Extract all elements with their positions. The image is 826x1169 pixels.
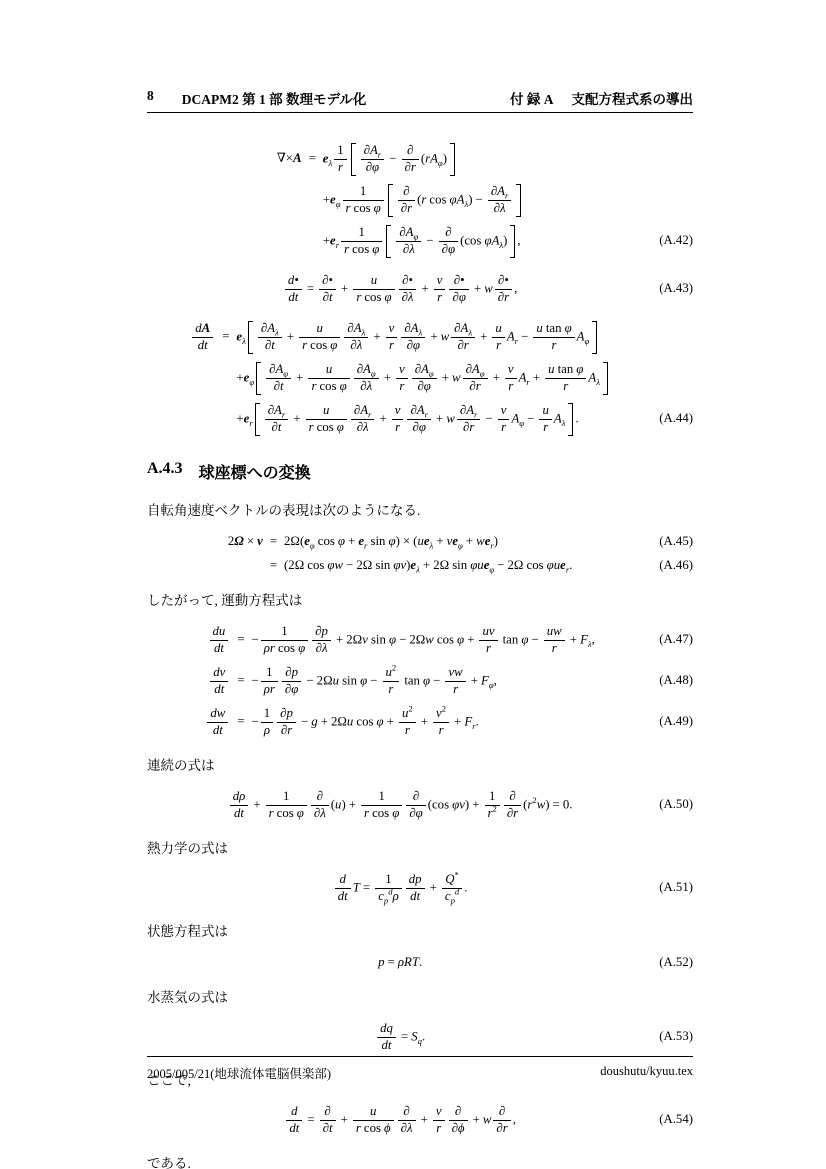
equation-a54: ddt=∂∂t+urcosϕ∂∂λ+vr∂∂ϕ+w∂∂r,(A.54) (147, 1104, 693, 1137)
paragraph-vapor-intro: 水蒸気の式は (147, 986, 693, 1006)
section-heading: A.4.3 球座標への変換 (147, 460, 693, 483)
header-right: 付 録 A 支配方程式系の導出 (510, 88, 693, 108)
page-header: 8 DCAPM2 第 1 部 数理モデル化 付 録 A 支配方程式系の導出 (147, 88, 693, 108)
footer-rule (147, 1056, 693, 1057)
paragraph-motion-intro: したがって, 運動方程式は (147, 589, 693, 609)
paragraph-state-intro: 状態方程式は (147, 920, 693, 940)
header-left: 8 DCAPM2 第 1 部 数理モデル化 (147, 88, 366, 108)
equation-a42: ∇×A=eλ1r∂Ar∂φ−∂∂r(rAφ)+eφ1rcosφ∂∂r(rcosφ… (147, 143, 693, 258)
equation-a44: dAdt=eλ∂Aλ∂t+urcosφ∂Aλ∂λ+vr∂Aλ∂φ+w∂Aλ∂r+… (147, 321, 693, 436)
equation-a45-a46: 2Ω×v=2Ω(eφcosφ+ersinφ)×(ueλ+veφ+wer)(A.4… (147, 534, 693, 574)
paragraph-rotation-intro: 自転角速度ベクトルの表現は次のようになる. (147, 499, 693, 519)
equation-a50: dρdt+1rcosφ∂∂λ(u)+1rcosφ∂∂φ(cosφv)+1r2∂∂… (147, 789, 693, 822)
document-page: 8 DCAPM2 第 1 部 数理モデル化 付 録 A 支配方程式系の導出 ∇×… (0, 0, 826, 1169)
equation-a52: p=ρRT.(A.52) (147, 955, 693, 971)
equation-a47-a49: dudt=−1ρrcosφ∂p∂λ+2Ωvsinφ−2Ωwcosφ+uvrtan… (147, 624, 693, 739)
footer-right-text: doushutu/kyuu.tex (600, 1064, 693, 1082)
paragraph-thermo-intro: 熱力学の式は (147, 837, 693, 857)
page-number: 8 (147, 88, 154, 108)
equation-a53: dqdt=Sq.(A.53) (147, 1021, 693, 1054)
section-title: 球座標への変換 (199, 460, 311, 483)
paragraph-continuity-intro: 連続の式は (147, 754, 693, 774)
paragraph-closing: である. (147, 1152, 693, 1169)
page-footer: 2005/005/21(地球流体電脳倶楽部) doushutu/kyuu.tex (147, 1056, 693, 1082)
header-rule (147, 112, 693, 113)
header-left-title: DCAPM2 第 1 部 数理モデル化 (182, 88, 367, 108)
equation-a43: d•dt=∂•∂t+urcosφ∂•∂λ+vr∂•∂φ+w∂•∂r,(A.43) (147, 273, 693, 306)
equation-a51: ddtT=1cpdρdpdt+Q*cpd.(A.51) (147, 872, 693, 905)
header-appendix-label: 付 録 A (510, 88, 554, 108)
footer-left-text: 2005/005/21(地球流体電脳倶楽部) (147, 1064, 331, 1082)
header-right-title: 支配方程式系の導出 (572, 88, 694, 108)
section-number: A.4.3 (147, 460, 183, 483)
